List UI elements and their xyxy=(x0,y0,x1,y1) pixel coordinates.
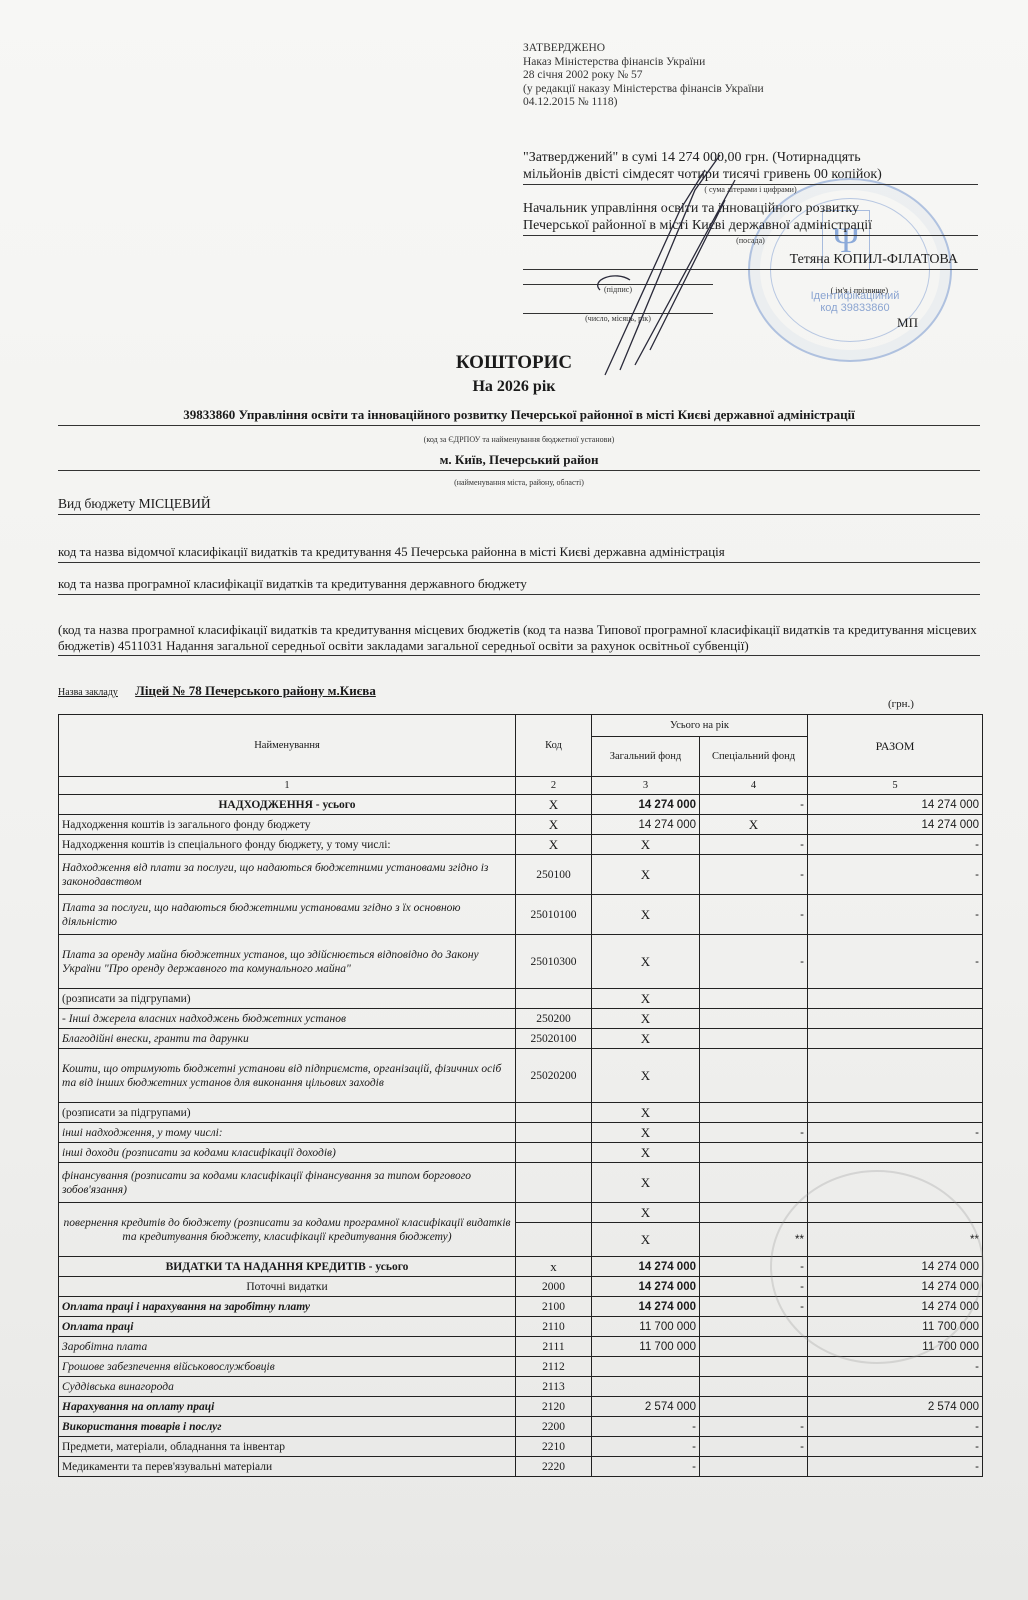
row-name: Грошове забезпечення військовослужбовців xyxy=(59,1357,516,1377)
row-code: X xyxy=(516,815,592,835)
row-general-fund: X xyxy=(592,895,700,935)
row-total: - xyxy=(808,855,983,895)
organization-name: 39833860 Управління освіти та інноваційн… xyxy=(58,407,980,426)
departmental-classification: код та назва відомчої класифікації видат… xyxy=(58,544,980,563)
signature-caption: (підпис) xyxy=(523,285,713,295)
institution: Назва закладу Ліцей № 78 Печерського рай… xyxy=(58,683,376,699)
row-name: Предмети, матеріали, обладнання та інвен… xyxy=(59,1437,516,1457)
sum-caption: ( сума літерами і цифрами) xyxy=(523,185,978,195)
row-code xyxy=(516,1163,592,1203)
row-name: Надходження коштів із спеціального фонду… xyxy=(59,835,516,855)
column-number: 4 xyxy=(700,777,808,795)
row-special-fund xyxy=(700,1377,808,1397)
row-special-fund xyxy=(700,1049,808,1103)
row-name: інші надходження, у тому числі: xyxy=(59,1123,516,1143)
date-caption: (число, місяць, рік) xyxy=(523,314,713,324)
column-number: 3 xyxy=(592,777,700,795)
position-line2: Печерської районної в місті Києві держав… xyxy=(523,218,978,236)
approval-reference: ЗАТВЕРДЖЕНО Наказ Міністерства фінансів … xyxy=(523,42,764,110)
row-code: 2210 xyxy=(516,1437,592,1457)
date-line xyxy=(523,305,713,314)
row-code: 2112 xyxy=(516,1357,592,1377)
row-special-fund: - xyxy=(700,835,808,855)
header-general-fund: Загальний фонд xyxy=(592,737,700,777)
approval-line: 28 січня 2002 року № 57 xyxy=(523,69,764,83)
row-name: Нарахування на оплату праці xyxy=(59,1397,516,1417)
name-caption: ( ім'я і прізвище) xyxy=(831,286,888,295)
row-code: X xyxy=(516,795,592,815)
approval-line: ЗАТВЕРДЖЕНО xyxy=(523,42,764,56)
row-name: (розписати за підгрупами) xyxy=(59,989,516,1009)
row-code: X xyxy=(516,835,592,855)
row-code: 2113 xyxy=(516,1377,592,1397)
row-code: 25010300 xyxy=(516,935,592,989)
row-general-fund: X xyxy=(592,989,700,1009)
row-general-fund: X xyxy=(592,855,700,895)
row-name: інші доходи (розписати за кодами класифі… xyxy=(59,1143,516,1163)
signature-line xyxy=(523,276,713,285)
row-name: Використання товарів і послуг xyxy=(59,1417,516,1437)
row-total xyxy=(808,1377,983,1397)
city-name: м. Київ, Печерський район xyxy=(58,452,980,471)
row-total: - xyxy=(808,935,983,989)
row-general-fund: X xyxy=(592,1123,700,1143)
row-general-fund: X xyxy=(592,1163,700,1203)
row-name: (розписати за підгрупами) xyxy=(59,1103,516,1123)
budget-estimate-page: ЗАТВЕРДЖЕНО Наказ Міністерства фінансів … xyxy=(0,0,1028,1600)
row-total xyxy=(808,1049,983,1103)
row-general-fund xyxy=(592,1357,700,1377)
row-general-fund: 11 700 000 xyxy=(592,1337,700,1357)
row-name: Поточні видатки xyxy=(59,1277,516,1297)
row-code xyxy=(516,1103,592,1123)
row-total: - xyxy=(808,835,983,855)
table-row: інші доходи (розписати за кодами класифі… xyxy=(59,1143,983,1163)
row-name: Благодійні внески, гранти та дарунки xyxy=(59,1029,516,1049)
row-general-fund: 14 274 000 xyxy=(592,815,700,835)
row-total xyxy=(808,1009,983,1029)
row-name: Плата за послуги, що надаються бюджетним… xyxy=(59,895,516,935)
row-special-fund xyxy=(700,1357,808,1377)
approval-line: Наказ Міністерства фінансів України xyxy=(523,56,764,70)
row-name: ВИДАТКИ ТА НАДАННЯ КРЕДИТІВ - усього xyxy=(59,1257,516,1277)
row-name: Медикаменти та перев'язувальні матеріали xyxy=(59,1457,516,1477)
table-row: - Інші джерела власних надходжень бюджет… xyxy=(59,1009,983,1029)
row-name: Суддівська винагорода xyxy=(59,1377,516,1397)
row-special-fund xyxy=(700,1337,808,1357)
row-code: 2110 xyxy=(516,1317,592,1337)
document-title: КОШТОРИС xyxy=(0,352,1028,374)
row-general-fund: 14 274 000 xyxy=(592,1257,700,1277)
faded-stamp xyxy=(770,1170,984,1364)
table-row: Благодійні внески, гранти та дарунки2502… xyxy=(59,1029,983,1049)
local-program-classification: (код та назва програмної класифікації ви… xyxy=(58,622,980,656)
row-total: 14 274 000 xyxy=(808,795,983,815)
table-row: Надходження від плати за послуги, що над… xyxy=(59,855,983,895)
column-number: 1 xyxy=(59,777,516,795)
row-general-fund: - xyxy=(592,1437,700,1457)
table-row: Надходження коштів із загального фонду б… xyxy=(59,815,983,835)
row-total: - xyxy=(808,1457,983,1477)
row-code: 2100 xyxy=(516,1297,592,1317)
row-total: 2 574 000 xyxy=(808,1397,983,1417)
organization-caption: (код за ЄДРПОУ та найменування бюджетної… xyxy=(58,435,980,445)
row-special-fund: - xyxy=(700,935,808,989)
row-general-fund: X xyxy=(592,835,700,855)
row-code xyxy=(516,989,592,1009)
row-general-fund: X xyxy=(592,1223,700,1257)
row-name: Оплата праці і нарахування на заробітну … xyxy=(59,1297,516,1317)
row-general-fund: - xyxy=(592,1417,700,1437)
header-name: Найменування xyxy=(59,715,516,777)
row-name: Оплата праці xyxy=(59,1317,516,1337)
row-code: 25020100 xyxy=(516,1029,592,1049)
approval-line: 04.12.2015 № 1118) xyxy=(523,96,764,110)
row-code: 2120 xyxy=(516,1397,592,1417)
column-number: 5 xyxy=(808,777,983,795)
row-special-fund: - xyxy=(700,895,808,935)
seal-label: МП xyxy=(897,315,918,331)
row-special-fund xyxy=(700,1103,808,1123)
row-special-fund xyxy=(700,1457,808,1477)
row-general-fund: X xyxy=(592,1143,700,1163)
row-total xyxy=(808,1029,983,1049)
row-total: - xyxy=(808,1417,983,1437)
currency-unit: (грн.) xyxy=(888,698,914,710)
approval-line: (у редакції наказу Міністерства фінансів… xyxy=(523,83,764,97)
row-general-fund: - xyxy=(592,1457,700,1477)
row-code: 250200 xyxy=(516,1009,592,1029)
signatory-name: Тетяна КОПИЛ-ФІЛАТОВА xyxy=(523,252,978,270)
row-general-fund xyxy=(592,1377,700,1397)
table-row: Медикаменти та перев'язувальні матеріали… xyxy=(59,1457,983,1477)
header-special-fund: Спеціальний фонд xyxy=(700,737,808,777)
row-name: фінансування (розписати за кодами класиф… xyxy=(59,1163,516,1203)
table-row: Суддівська винагорода2113 xyxy=(59,1377,983,1397)
row-name: Кошти, що отримують бюджетні установи ві… xyxy=(59,1049,516,1103)
row-code xyxy=(516,1223,592,1257)
row-special-fund xyxy=(700,1143,808,1163)
row-special-fund xyxy=(700,1397,808,1417)
row-general-fund: 14 274 000 xyxy=(592,1297,700,1317)
row-special-fund xyxy=(700,1163,808,1203)
row-special-fund xyxy=(700,1009,808,1029)
row-code xyxy=(516,1203,592,1223)
table-row: Плата за оренду майна бюджетних установ,… xyxy=(59,935,983,989)
row-special-fund xyxy=(700,989,808,1009)
row-special-fund: - xyxy=(700,1437,808,1457)
table-row: Використання товарів і послуг2200--- xyxy=(59,1417,983,1437)
row-special-fund: - xyxy=(700,1417,808,1437)
row-code xyxy=(516,1143,592,1163)
institution-name: Ліцей № 78 Печерського району м.Києва xyxy=(135,683,376,698)
row-name: Надходження коштів із загального фонду б… xyxy=(59,815,516,835)
row-total xyxy=(808,989,983,1009)
state-program-classification: код та назва програмної класифікації вид… xyxy=(58,576,980,595)
row-code: x xyxy=(516,1257,592,1277)
column-number: 2 xyxy=(516,777,592,795)
table-row: Нарахування на оплату праці21202 574 000… xyxy=(59,1397,983,1417)
table-row: НАДХОДЖЕННЯ - усьогоX14 274 000-14 274 0… xyxy=(59,795,983,815)
row-total xyxy=(808,1103,983,1123)
row-code: 250100 xyxy=(516,855,592,895)
header-sum: РАЗОМ xyxy=(808,715,983,777)
table-row: Кошти, що отримують бюджетні установи ві… xyxy=(59,1049,983,1103)
row-general-fund: X xyxy=(592,1029,700,1049)
document-year: На 2026 рік xyxy=(0,378,1028,396)
row-special-fund: X xyxy=(700,815,808,835)
position-caption: (посада) xyxy=(523,236,978,246)
table-row: (розписати за підгрупами)X xyxy=(59,989,983,1009)
row-general-fund: X xyxy=(592,935,700,989)
table-row: інші надходження, у тому числі:X-- xyxy=(59,1123,983,1143)
table-row: Плата за послуги, що надаються бюджетним… xyxy=(59,895,983,935)
row-name: Плата за оренду майна бюджетних установ,… xyxy=(59,935,516,989)
row-name: Заробітна плата xyxy=(59,1337,516,1357)
header-code: Код xyxy=(516,715,592,777)
budget-table: Найменування Код Усього на рік РАЗОМ Заг… xyxy=(58,714,983,1477)
row-code: 25020200 xyxy=(516,1049,592,1103)
row-name: Надходження від плати за послуги, що над… xyxy=(59,855,516,895)
row-special-fund xyxy=(700,1029,808,1049)
row-general-fund: 11 700 000 xyxy=(592,1317,700,1337)
approved-sum-line1: "Затверджений" в сумі 14 274 000,00 грн.… xyxy=(523,150,978,167)
table-row: Предмети, матеріали, обладнання та інвен… xyxy=(59,1437,983,1457)
row-total xyxy=(808,1143,983,1163)
approved-sum-line2: мільйонів двісті сімдесят чотири тисячі … xyxy=(523,167,978,185)
row-name: НАДХОДЖЕННЯ - усього xyxy=(59,795,516,815)
approval-signature-block: "Затверджений" в сумі 14 274 000,00 грн.… xyxy=(523,150,978,324)
row-general-fund: X xyxy=(592,1009,700,1029)
row-code: 25010100 xyxy=(516,895,592,935)
table-row: (розписати за підгрупами)X xyxy=(59,1103,983,1123)
position-line1: Начальник управління освіти та інновацій… xyxy=(523,201,978,218)
row-name: повернення кредитів до бюджету (розписат… xyxy=(59,1203,516,1257)
row-general-fund: 14 274 000 xyxy=(592,1277,700,1297)
row-code: 2200 xyxy=(516,1417,592,1437)
row-special-fund: - xyxy=(700,795,808,815)
row-total: - xyxy=(808,895,983,935)
row-code: 2111 xyxy=(516,1337,592,1357)
row-general-fund: X xyxy=(592,1049,700,1103)
row-total: - xyxy=(808,1437,983,1457)
budget-type: Вид бюджету МІСЦЕВИЙ xyxy=(58,496,980,515)
row-special-fund: - xyxy=(700,1123,808,1143)
row-general-fund: 2 574 000 xyxy=(592,1397,700,1417)
institution-label: Назва закладу xyxy=(58,687,118,698)
row-total: - xyxy=(808,1123,983,1143)
row-total: 14 274 000 xyxy=(808,815,983,835)
row-special-fund: - xyxy=(700,855,808,895)
row-general-fund: X xyxy=(592,1203,700,1223)
header-total-year: Усього на рік xyxy=(592,715,808,737)
row-code: 2000 xyxy=(516,1277,592,1297)
row-general-fund: X xyxy=(592,1103,700,1123)
city-caption: (найменування міста, району, області) xyxy=(58,478,980,488)
row-name: - Інші джерела власних надходжень бюджет… xyxy=(59,1009,516,1029)
row-code: 2220 xyxy=(516,1457,592,1477)
row-general-fund: 14 274 000 xyxy=(592,795,700,815)
row-code xyxy=(516,1123,592,1143)
table-row: Надходження коштів із спеціального фонду… xyxy=(59,835,983,855)
